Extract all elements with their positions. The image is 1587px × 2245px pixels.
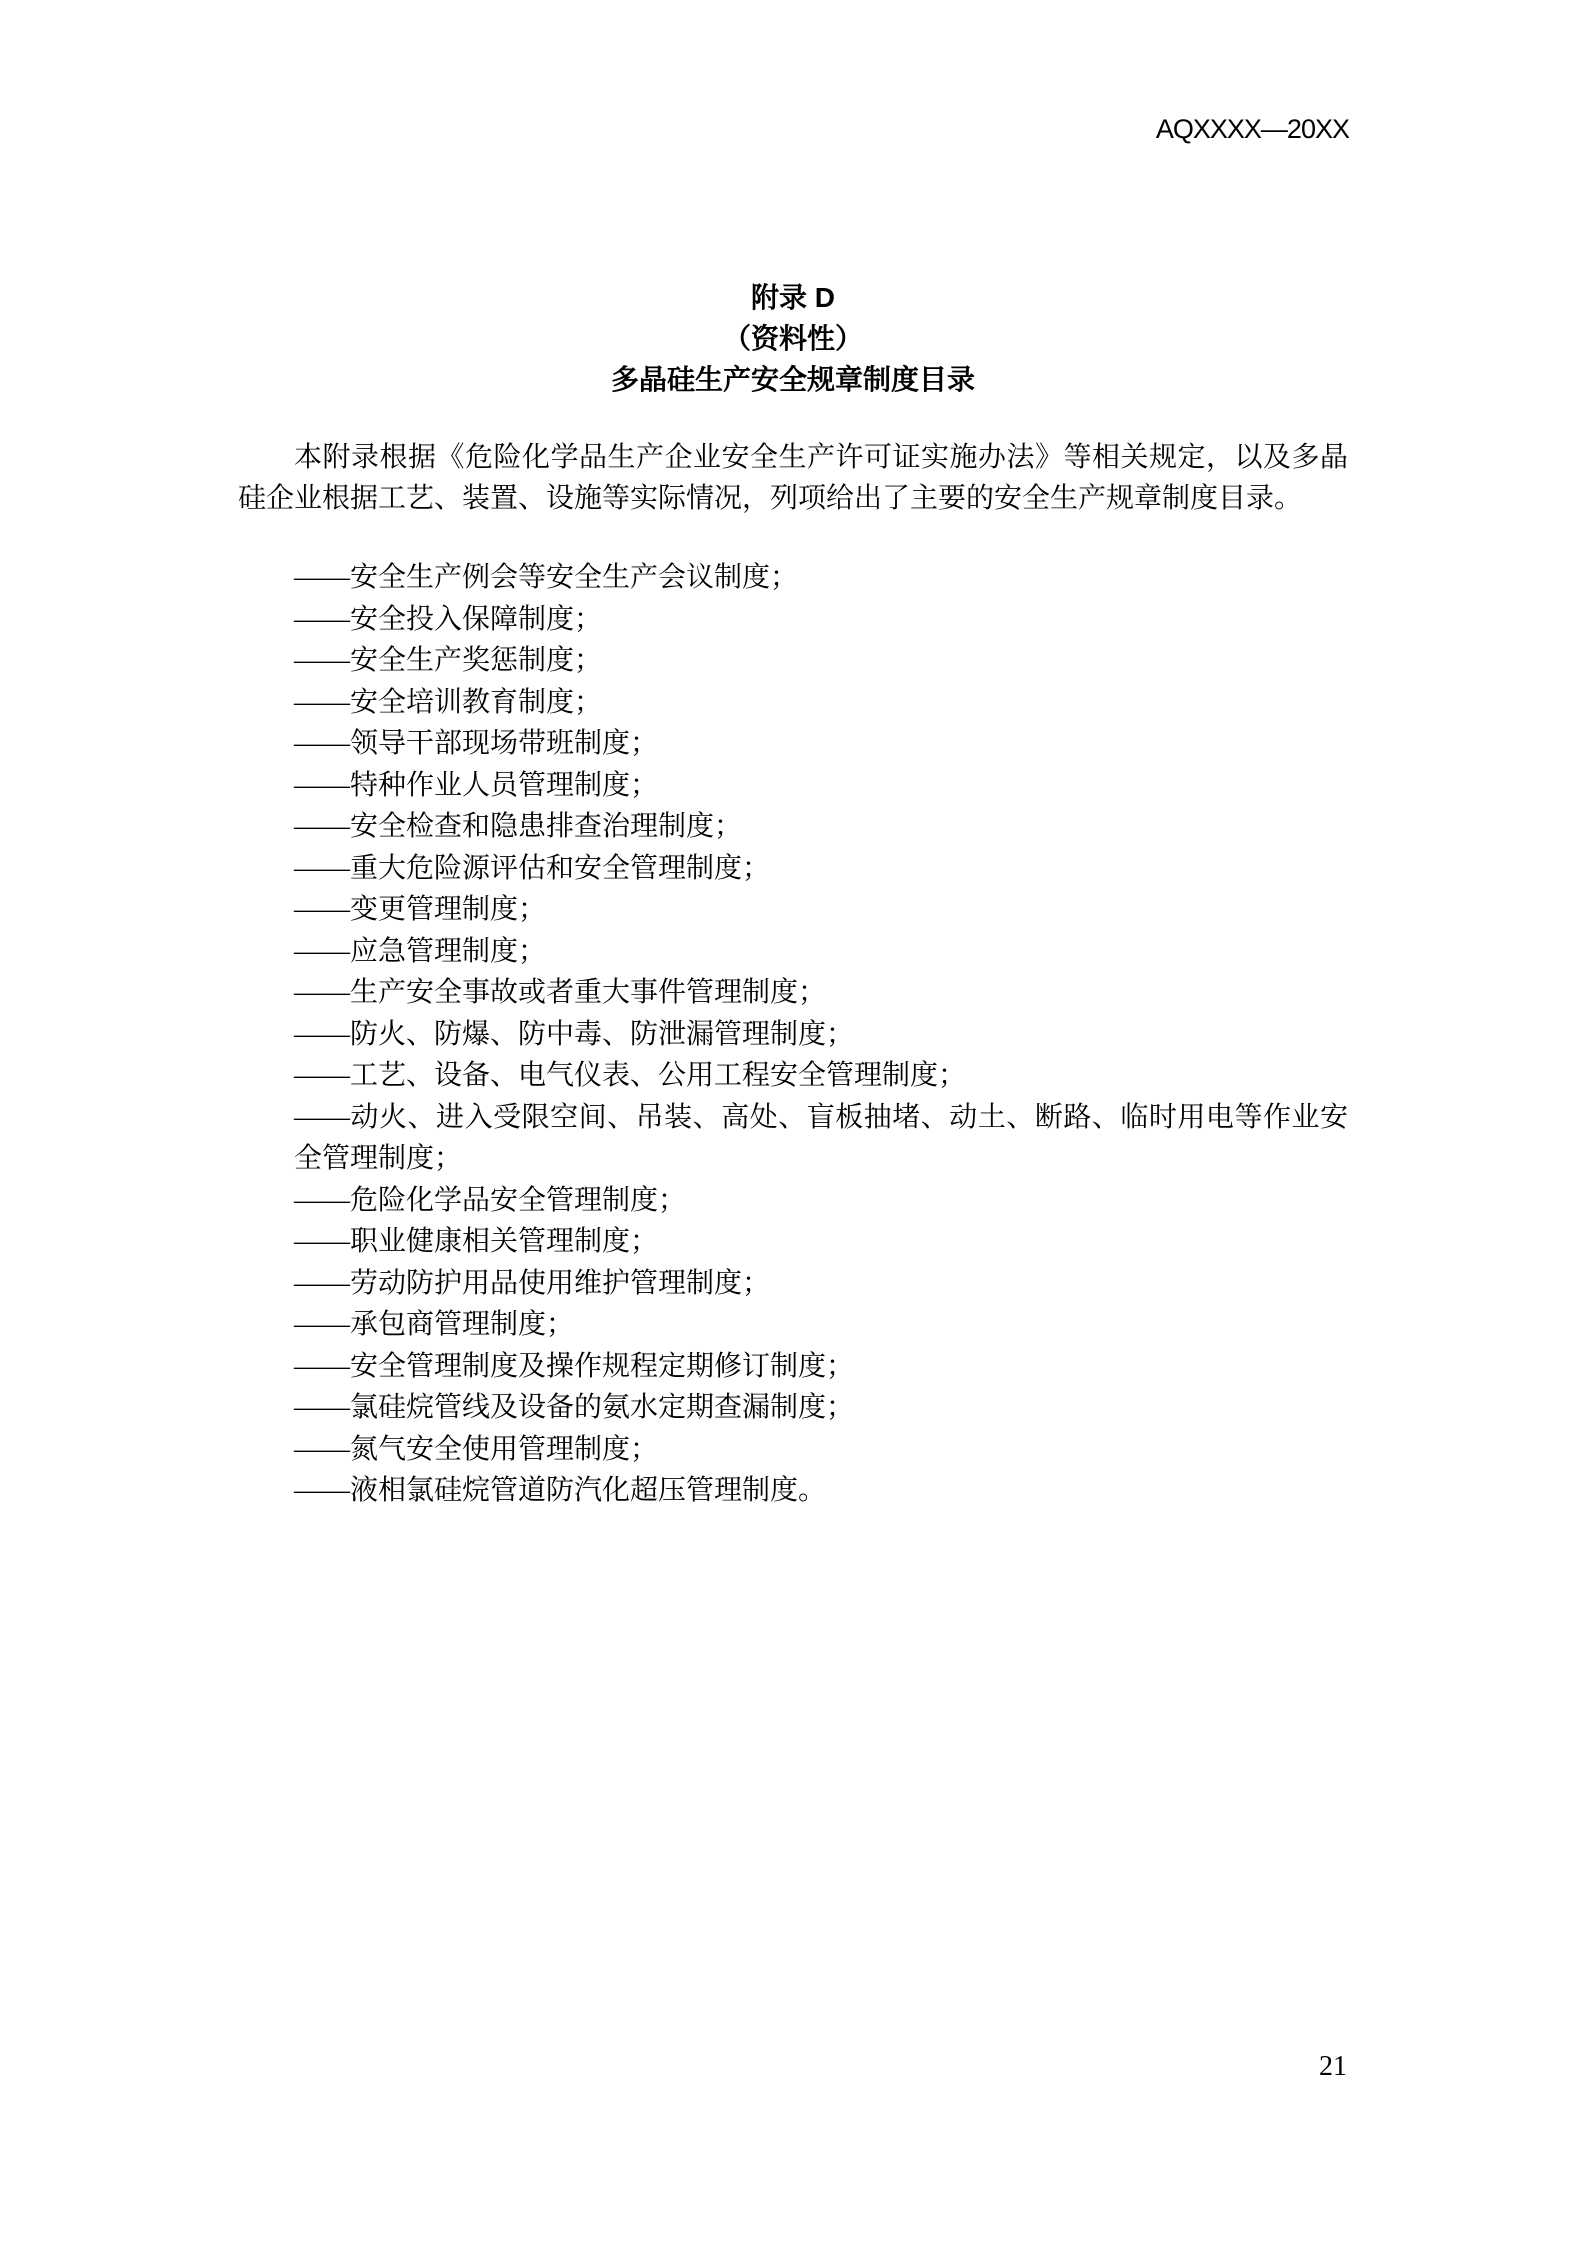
- page-number: 21: [1319, 2050, 1347, 2084]
- regulation-list-item: ——动火、进入受限空间、吊装、高处、盲板抽堵、动土、断路、临时用电等作业安全管理…: [294, 1097, 1348, 1180]
- regulation-list-item: ——安全培训教育制度；: [294, 682, 1348, 724]
- appendix-label: 附录 D: [238, 277, 1348, 318]
- appendix-title-block: 附录 D （资料性） 多晶硅生产安全规章制度目录: [238, 277, 1348, 400]
- regulation-list-item: ——变更管理制度；: [294, 889, 1348, 931]
- regulation-list-item: ——生产安全事故或者重大事件管理制度；: [294, 972, 1348, 1014]
- regulation-list-item: ——氮气安全使用管理制度；: [294, 1429, 1348, 1471]
- regulation-list-item: ——承包商管理制度；: [294, 1304, 1348, 1346]
- regulation-list-item: ——安全管理制度及操作规程定期修订制度；: [294, 1346, 1348, 1388]
- intro-paragraph: 本附录根据《危险化学品生产企业安全生产许可证实施办法》等相关规定，以及多晶硅企业…: [238, 437, 1348, 519]
- regulation-list-item: ——工艺、设备、电气仪表、公用工程安全管理制度；: [294, 1055, 1348, 1097]
- regulation-list-item: ——安全生产例会等安全生产会议制度；: [294, 557, 1348, 599]
- regulation-list-item: ——液相氯硅烷管道防汽化超压管理制度。: [294, 1470, 1348, 1512]
- regulation-list-item: ——特种作业人员管理制度；: [294, 765, 1348, 807]
- regulation-list-item: ——应急管理制度；: [294, 931, 1348, 973]
- regulation-list-item: ——安全生产奖惩制度；: [294, 640, 1348, 682]
- regulation-list-item: ——领导干部现场带班制度；: [294, 723, 1348, 765]
- regulation-list-item: ——氯硅烷管线及设备的氨水定期查漏制度；: [294, 1387, 1348, 1429]
- regulation-list-item: ——职业健康相关管理制度；: [294, 1221, 1348, 1263]
- appendix-heading: 多晶硅生产安全规章制度目录: [238, 359, 1348, 400]
- regulation-list-item: ——安全检查和隐患排查治理制度；: [294, 806, 1348, 848]
- regulation-list-item: ——安全投入保障制度；: [294, 599, 1348, 641]
- regulation-list-item: ——危险化学品安全管理制度；: [294, 1180, 1348, 1222]
- regulation-list-item: ——防火、防爆、防中毒、防泄漏管理制度；: [294, 1014, 1348, 1056]
- regulation-list-item: ——劳动防护用品使用维护管理制度；: [294, 1263, 1348, 1305]
- document-page: AQXXXX—20XX 附录 D （资料性） 多晶硅生产安全规章制度目录 本附录…: [0, 0, 1587, 2245]
- regulation-list: ——安全生产例会等安全生产会议制度；——安全投入保障制度；——安全生产奖惩制度；…: [294, 557, 1348, 1512]
- regulation-list-item: ——重大危险源评估和安全管理制度；: [294, 848, 1348, 890]
- appendix-note: （资料性）: [238, 318, 1348, 359]
- standard-number-header: AQXXXX—20XX: [1156, 112, 1349, 146]
